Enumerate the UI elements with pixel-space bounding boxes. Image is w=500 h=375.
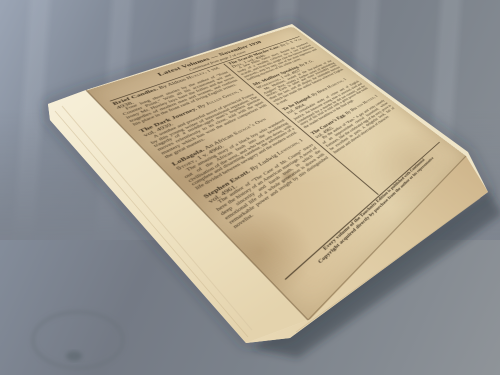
table-surface: Latest Volumes — November 1930 Continued… [0,0,500,375]
